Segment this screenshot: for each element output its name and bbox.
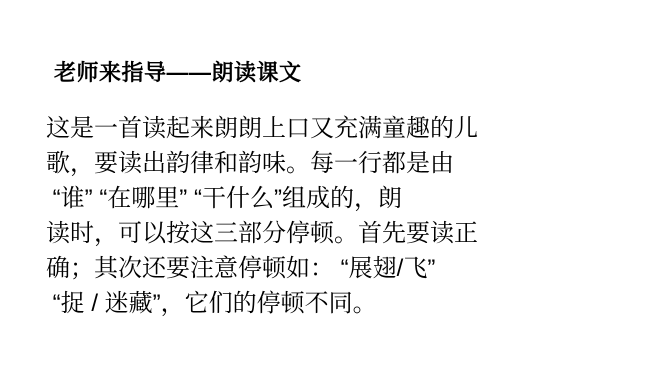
body-line: 读时，可以按这三部分停顿。首先要读正 <box>46 216 516 251</box>
body-line: “谁” “在哪里” “干什么”组成的，朗 <box>46 181 516 216</box>
body-line: 这是一首读起来朗朗上口又充满童趣的儿 <box>46 111 516 146</box>
presentation-slide: 老师来指导——朗读课文 这是一首读起来朗朗上口又充满童趣的儿 歌，要读出韵律和韵… <box>0 0 668 376</box>
body-line: 歌，要读出韵律和韵味。每一行都是由 <box>46 146 516 181</box>
body-line: 确；其次还要注意停顿如： “展翅/飞” <box>46 251 516 286</box>
slide-body-text: 这是一首读起来朗朗上口又充满童趣的儿 歌，要读出韵律和韵味。每一行都是由 “谁”… <box>46 111 516 321</box>
slide-title: 老师来指导——朗读课文 <box>54 56 302 87</box>
body-line: “捉 / 迷藏”，它们的停顿不同。 <box>46 286 516 321</box>
